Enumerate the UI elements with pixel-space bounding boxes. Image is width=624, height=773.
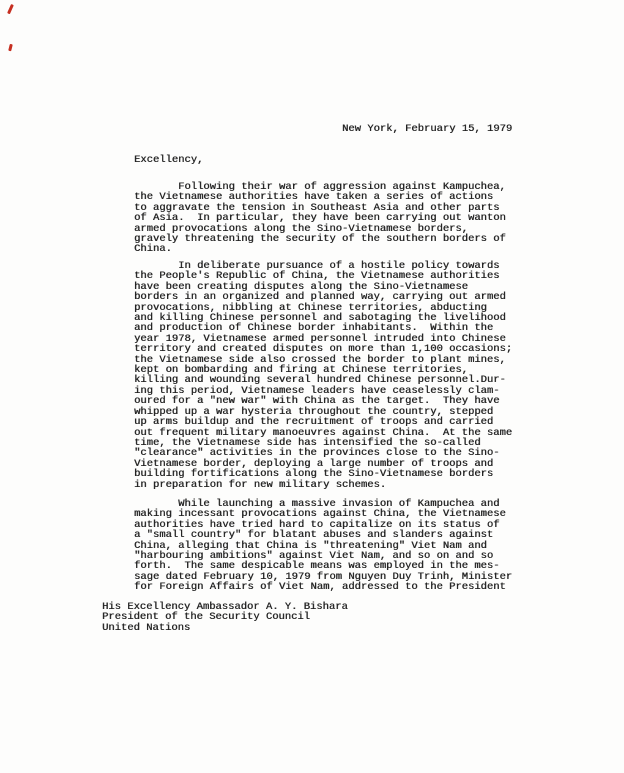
body-paragraph-3: While launching a massive invasion of Ka…: [134, 499, 512, 593]
red-pen-mark-second: [8, 44, 12, 51]
body-paragraph-2: In deliberate pursuance of a hostile pol…: [134, 261, 512, 490]
salutation: Excellency,: [134, 155, 203, 165]
dateline: New York, February 15, 1979: [342, 124, 512, 134]
body-paragraph-1: Following their war of aggression agains…: [134, 182, 506, 255]
letter-page: New York, February 15, 1979 Excellency, …: [0, 0, 624, 773]
red-pen-mark-top: [7, 4, 13, 14]
recipient-address-block: His Excellency Ambassador A. Y. Bishara …: [102, 602, 348, 633]
